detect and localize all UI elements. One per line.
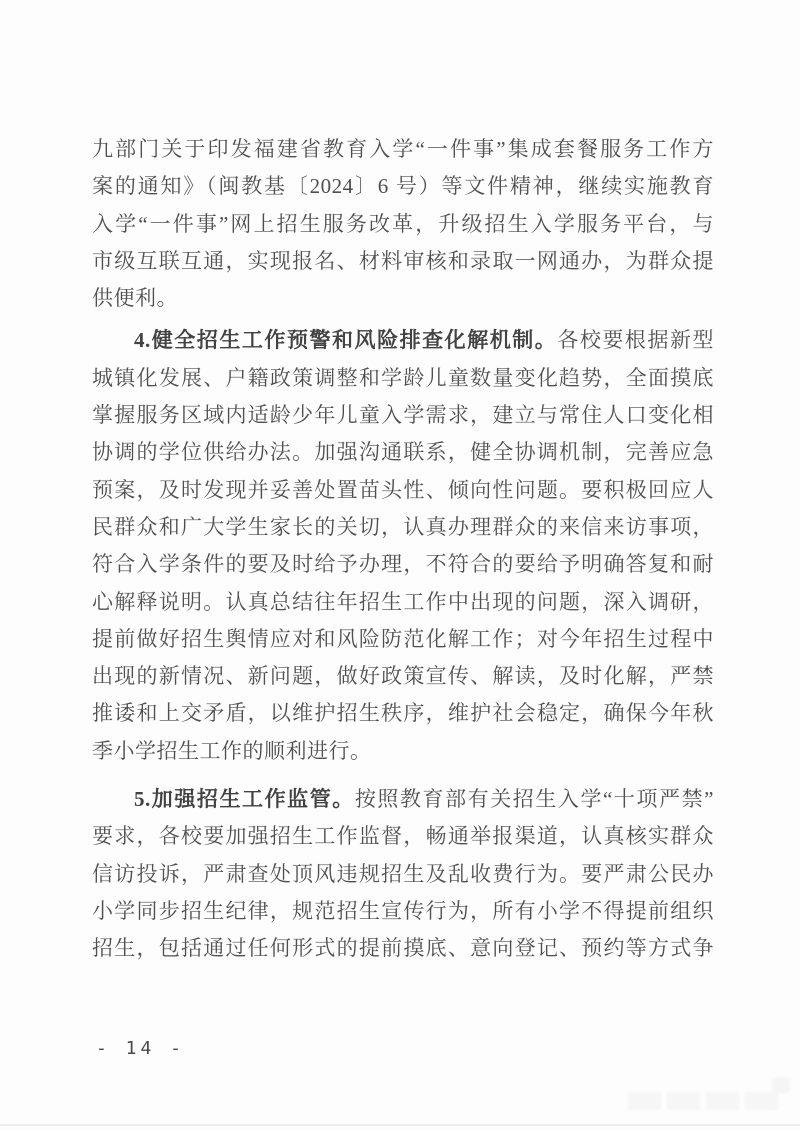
text-run: 案的通知》（闽教基〔2024〕6 号）等文件精神，继续实施教育 bbox=[92, 174, 714, 198]
text-line: 招生，包括通过任何形式的提前摸底、意向登记、预约等方式争 bbox=[92, 930, 714, 967]
text-line: 季小学招生工作的顺利进行。 bbox=[92, 733, 714, 770]
text-line: 案的通知》（闽教基〔2024〕6 号）等文件精神，继续实施教育 bbox=[92, 168, 714, 205]
text-run: 入学“一件事”网上招生服务改革，升级招生入学服务平台，与 bbox=[92, 212, 714, 236]
text-run: 符合入学条件的要及时给予办理，不符合的要给予明确答复和耐 bbox=[92, 552, 714, 576]
scan-edge-shadow bbox=[0, 1124, 800, 1126]
text-line: 市级互联互通，实现报名、材料审核和录取一网通办，为群众提 bbox=[92, 243, 714, 280]
faint-watermark-dot bbox=[772, 1077, 790, 1093]
text-run: 各校要根据新型 bbox=[557, 328, 714, 352]
text-line: 符合入学条件的要及时给予办理，不符合的要给予明确答复和耐 bbox=[92, 546, 714, 583]
text-line: 掌握服务区域内适龄少年儿童入学需求，建立与常住人口变化相 bbox=[92, 397, 714, 434]
text-run: 协调的学位供给办法。加强沟通联系，健全协调机制，完善应急 bbox=[92, 440, 714, 464]
text-line: 九部门关于印发福建省教育入学“一件事”集成套餐服务工作方 bbox=[92, 131, 714, 168]
paragraph: 九部门关于印发福建省教育入学“一件事”集成套餐服务工作方案的通知》（闽教基〔20… bbox=[92, 131, 714, 317]
text-run: 提前做好招生舆情应对和风险防范化解工作；对今年招生过程中 bbox=[92, 627, 714, 651]
text-run: 掌握服务区域内适龄少年儿童入学需求，建立与常住人口变化相 bbox=[92, 403, 714, 427]
document-page: 九部门关于印发福建省教育入学“一件事”集成套餐服务工作方案的通知》（闽教基〔20… bbox=[0, 0, 800, 1131]
text-run: 预案，及时发现并妥善处置苗头性、倾向性问题。要积极回应人 bbox=[92, 478, 714, 502]
text-run: 季小学招生工作的顺利进行。 bbox=[92, 739, 372, 763]
text-run: 招生，包括通过任何形式的提前摸底、意向登记、预约等方式争 bbox=[92, 936, 714, 960]
text-line: 协调的学位供给办法。加强沟通联系，健全协调机制，完善应急 bbox=[92, 434, 714, 471]
faint-watermark bbox=[628, 1088, 778, 1114]
paragraph: 4.健全招生工作预警和风险排查化解机制。各校要根据新型城镇化发展、户籍政策调整和… bbox=[92, 322, 714, 770]
text-block: 九部门关于印发福建省教育入学“一件事”集成套餐服务工作方案的通知》（闽教基〔20… bbox=[92, 131, 714, 968]
text-line: 心解释说明。认真总结往年招生工作中出现的问题，深入调研， bbox=[92, 584, 714, 621]
text-line: 城镇化发展、户籍政策调整和学龄儿童数量变化趋势，全面摸底 bbox=[92, 360, 714, 397]
text-run: 民群众和广大学生家长的关切，认真办理群众的来信来访事项， bbox=[92, 515, 714, 539]
text-line: 入学“一件事”网上招生服务改革，升级招生入学服务平台，与 bbox=[92, 206, 714, 243]
text-run: 按照教育部有关招生入学“十项严禁” bbox=[355, 787, 714, 811]
text-run: 小学同步招生纪律，规范招生宣传行为，所有小学不得提前组织 bbox=[92, 899, 714, 923]
text-line: 信访投诉，严肃查处顶风违规招生及乱收费行为。要严肃公民办 bbox=[92, 856, 714, 893]
text-run: 推诿和上交矛盾，以维护招生秩序，维护社会稳定，确保今年秋 bbox=[92, 701, 714, 725]
text-run: 九部门关于印发福建省教育入学“一件事”集成套餐服务工作方 bbox=[92, 137, 714, 161]
text-run: 供便利。 bbox=[92, 286, 178, 310]
text-line: 民群众和广大学生家长的关切，认真办理群众的来信来访事项， bbox=[92, 509, 714, 546]
text-line: 要求，各校要加强招生工作监督，畅通举报渠道，认真核实群众 bbox=[92, 818, 714, 855]
text-run: 出现的新情况、新问题，做好政策宣传、解读，及时化解，严禁 bbox=[92, 664, 714, 688]
text-line: 出现的新情况、新问题，做好政策宣传、解读，及时化解，严禁 bbox=[92, 658, 714, 695]
text-line: 推诿和上交矛盾，以维护招生秩序，维护社会稳定，确保今年秋 bbox=[92, 695, 714, 732]
text-line: 4.健全招生工作预警和风险排查化解机制。各校要根据新型 bbox=[92, 322, 714, 359]
text-line: 供便利。 bbox=[92, 280, 714, 317]
page-number: - 14 - bbox=[96, 1038, 185, 1059]
bold-heading-run: 4.健全招生工作预警和风险排查化解机制。 bbox=[134, 328, 557, 352]
text-line: 5.加强招生工作监管。按照教育部有关招生入学“十项严禁” bbox=[92, 781, 714, 818]
text-line: 小学同步招生纪律，规范招生宣传行为，所有小学不得提前组织 bbox=[92, 893, 714, 930]
paragraph: 5.加强招生工作监管。按照教育部有关招生入学“十项严禁”要求，各校要加强招生工作… bbox=[92, 781, 714, 967]
text-line: 提前做好招生舆情应对和风险防范化解工作；对今年招生过程中 bbox=[92, 621, 714, 658]
text-run: 要求，各校要加强招生工作监督，畅通举报渠道，认真核实群众 bbox=[92, 824, 714, 848]
text-line: 预案，及时发现并妥善处置苗头性、倾向性问题。要积极回应人 bbox=[92, 472, 714, 509]
bold-heading-run: 5.加强招生工作监管。 bbox=[134, 787, 355, 811]
text-run: 心解释说明。认真总结往年招生工作中出现的问题，深入调研， bbox=[92, 590, 714, 614]
text-run: 城镇化发展、户籍政策调整和学龄儿童数量变化趋势，全面摸底 bbox=[92, 366, 714, 390]
text-run: 信访投诉，严肃查处顶风违规招生及乱收费行为。要严肃公民办 bbox=[92, 862, 714, 886]
text-run: 市级互联互通，实现报名、材料审核和录取一网通办，为群众提 bbox=[92, 249, 714, 273]
